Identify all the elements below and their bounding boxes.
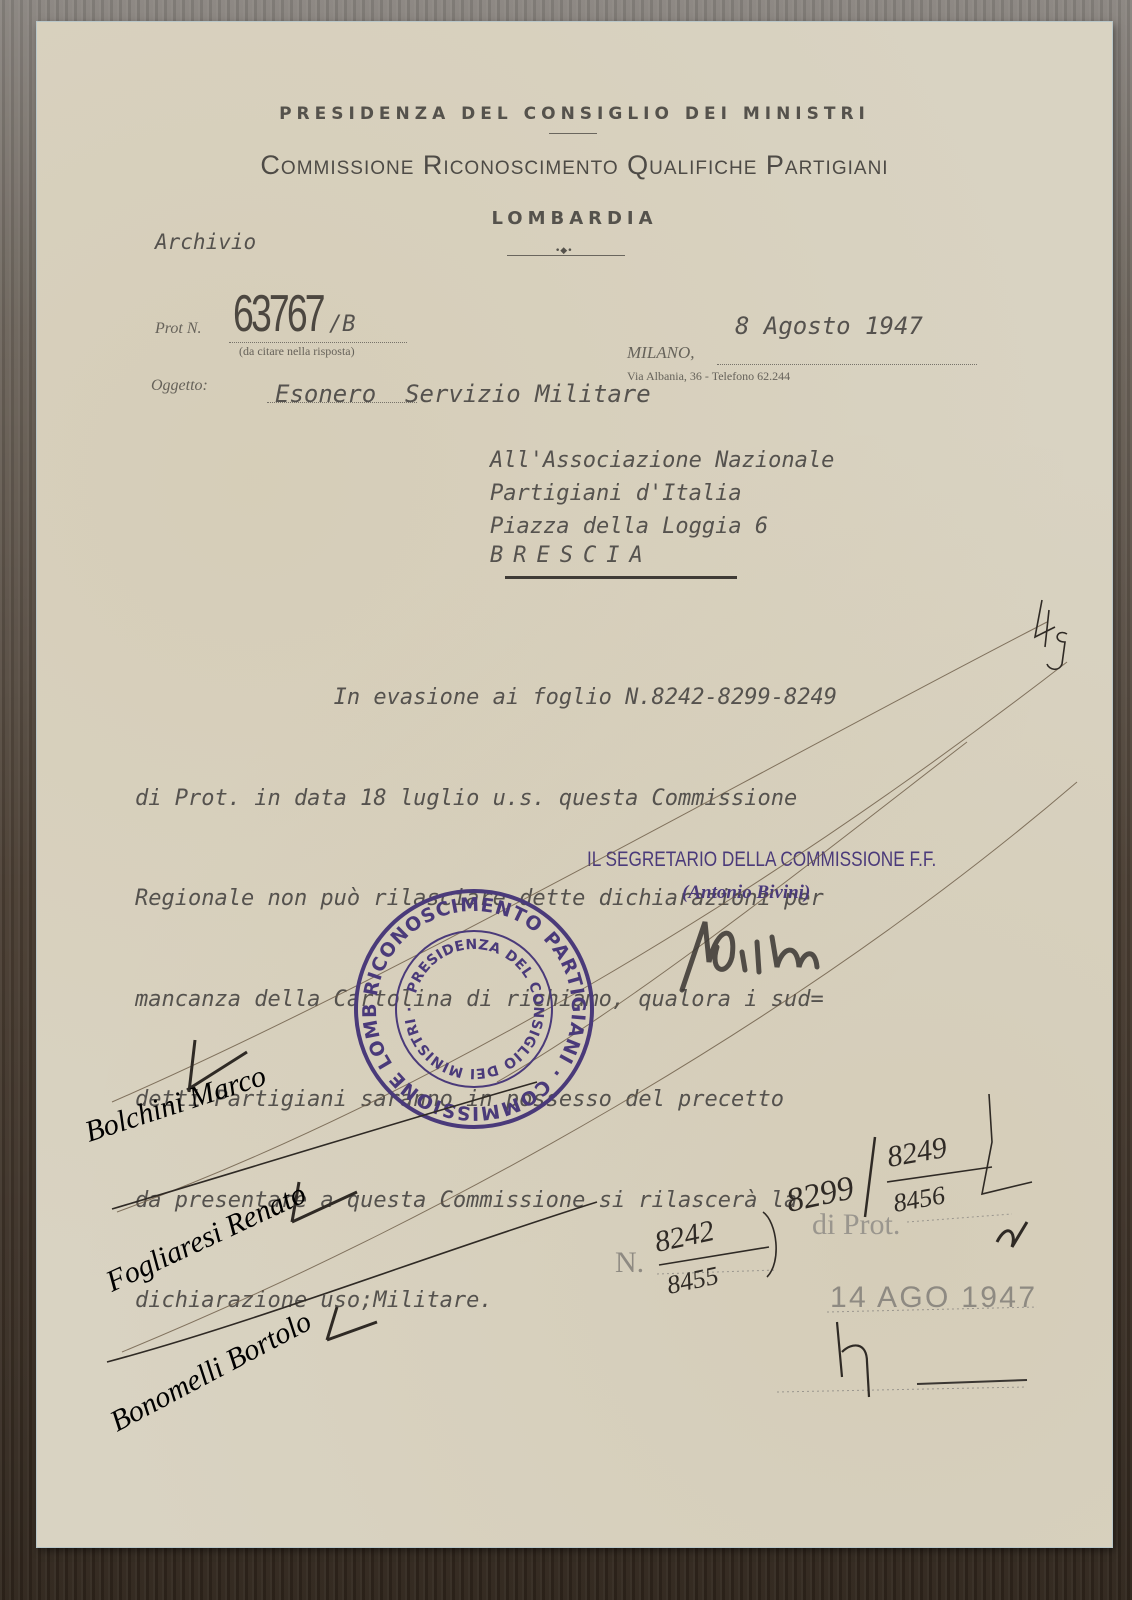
- document-sheet: PRESIDENZA DEL CONSIGLIO DEI MINISTRI Co…: [37, 22, 1112, 1547]
- stamp-inner-text: PRESIDENZA DEL CONSIGLIO DEI MINISTRI ·: [402, 937, 546, 1081]
- svg-text:8455: 8455: [664, 1261, 721, 1300]
- annotations-overlay: RICONOSCIMENTO PARTIGIANI · COMMISSIONE …: [37, 22, 1112, 1547]
- handwritten-signature: [682, 922, 817, 990]
- handwritten-name-3: Bonomelli Bortolo: [105, 1305, 317, 1439]
- received-number-prefix: N.: [615, 1246, 644, 1279]
- handwritten-initials: [837, 1322, 869, 1397]
- stamp-outer-text: RICONOSCIMENTO PARTIGIANI · COMMISSIONE …: [359, 894, 589, 1124]
- handwritten-name-1: Bolchini Marco: [81, 1059, 270, 1148]
- svg-text:8242: 8242: [652, 1214, 718, 1259]
- svg-text:8249: 8249: [884, 1131, 949, 1174]
- svg-text:PRESIDENZA DEL CONSIGLIO DEI M: PRESIDENZA DEL CONSIGLIO DEI MINISTRI ·: [402, 937, 546, 1081]
- pen-strike-lines: [112, 622, 1077, 1352]
- handwritten-protocol-numbers: 8242 8455 8299 8249 8456: [652, 1094, 1032, 1397]
- handwritten-name-2: Fogliaresi Renato: [100, 1177, 311, 1299]
- margin-handwritten-note: [1035, 600, 1067, 669]
- official-stamp: RICONOSCIMENTO PARTIGIANI · COMMISSIONE …: [356, 891, 592, 1127]
- svg-text:RICONOSCIMENTO PARTIGIANI · CO: RICONOSCIMENTO PARTIGIANI · COMMISSIONE …: [359, 894, 589, 1124]
- received-prot-label: di Prot.: [812, 1208, 900, 1241]
- svg-text:8456: 8456: [891, 1180, 947, 1218]
